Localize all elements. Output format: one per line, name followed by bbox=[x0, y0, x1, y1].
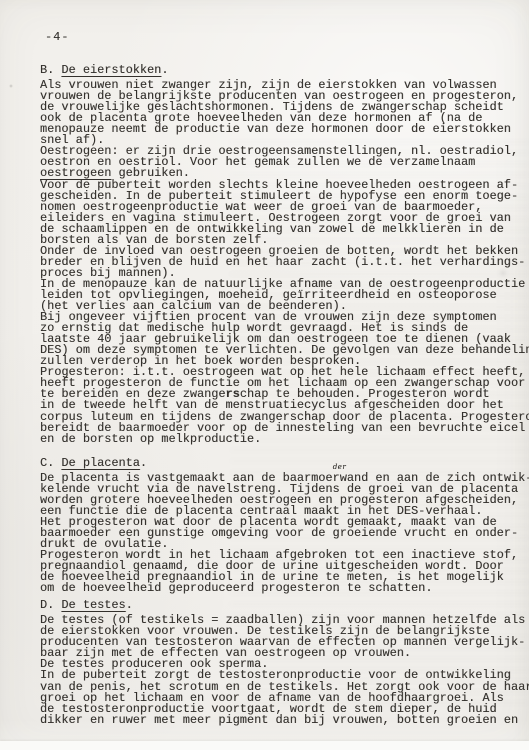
section-heading: B. De eierstokken. bbox=[40, 65, 529, 76]
section-title: De testes bbox=[61, 598, 125, 612]
doc-section: B. De eierstokken.Als vrouwen niet zwang… bbox=[40, 65, 529, 445]
text-segment: menopauze neemt de productie van deze ho… bbox=[40, 122, 511, 136]
text-line: om de hoeveelheid geproduceerd progester… bbox=[40, 583, 529, 594]
text-segment: derwand en aan de zich ontwik- bbox=[340, 471, 529, 485]
section-label: D. bbox=[40, 598, 61, 612]
document-page: -4- B. De eierstokken.Als vrouwen niet z… bbox=[0, 0, 529, 750]
section-title: De placenta bbox=[61, 456, 140, 470]
section-title: De eierstokken bbox=[61, 63, 161, 77]
text-segment: dikker en ruwer met meer pigment dan bij… bbox=[40, 713, 518, 727]
section-heading: D. De testes. bbox=[40, 600, 529, 611]
text-segment: en de borsten op melkproductie. bbox=[40, 432, 261, 446]
doc-section: C. De placenta.De placenta is vastgemaak… bbox=[40, 458, 529, 595]
section-label: C. bbox=[40, 456, 61, 470]
section-title-period: . bbox=[126, 598, 133, 612]
doc-section: D. De testes.De testes (of testikels = z… bbox=[40, 600, 529, 726]
text-line: dikker en ruwer met meer pigment dan bij… bbox=[40, 715, 529, 726]
section-title-period: . bbox=[161, 63, 168, 77]
section-label: B. bbox=[40, 63, 61, 77]
section-heading: C. De placenta. bbox=[40, 458, 529, 469]
page-number: -4- bbox=[45, 32, 529, 43]
document-body: -4- B. De eierstokken.Als vrouwen niet z… bbox=[40, 32, 529, 750]
handwritten-insertion: der bbox=[333, 464, 346, 471]
text-segment: om de hoeveelheid geproduceerd progester… bbox=[40, 581, 432, 595]
text-line: en de borsten op melkproductie. bbox=[40, 434, 529, 445]
section-title-period: . bbox=[140, 456, 147, 470]
text-line: menopauze neemt de productie van deze ho… bbox=[40, 124, 529, 135]
